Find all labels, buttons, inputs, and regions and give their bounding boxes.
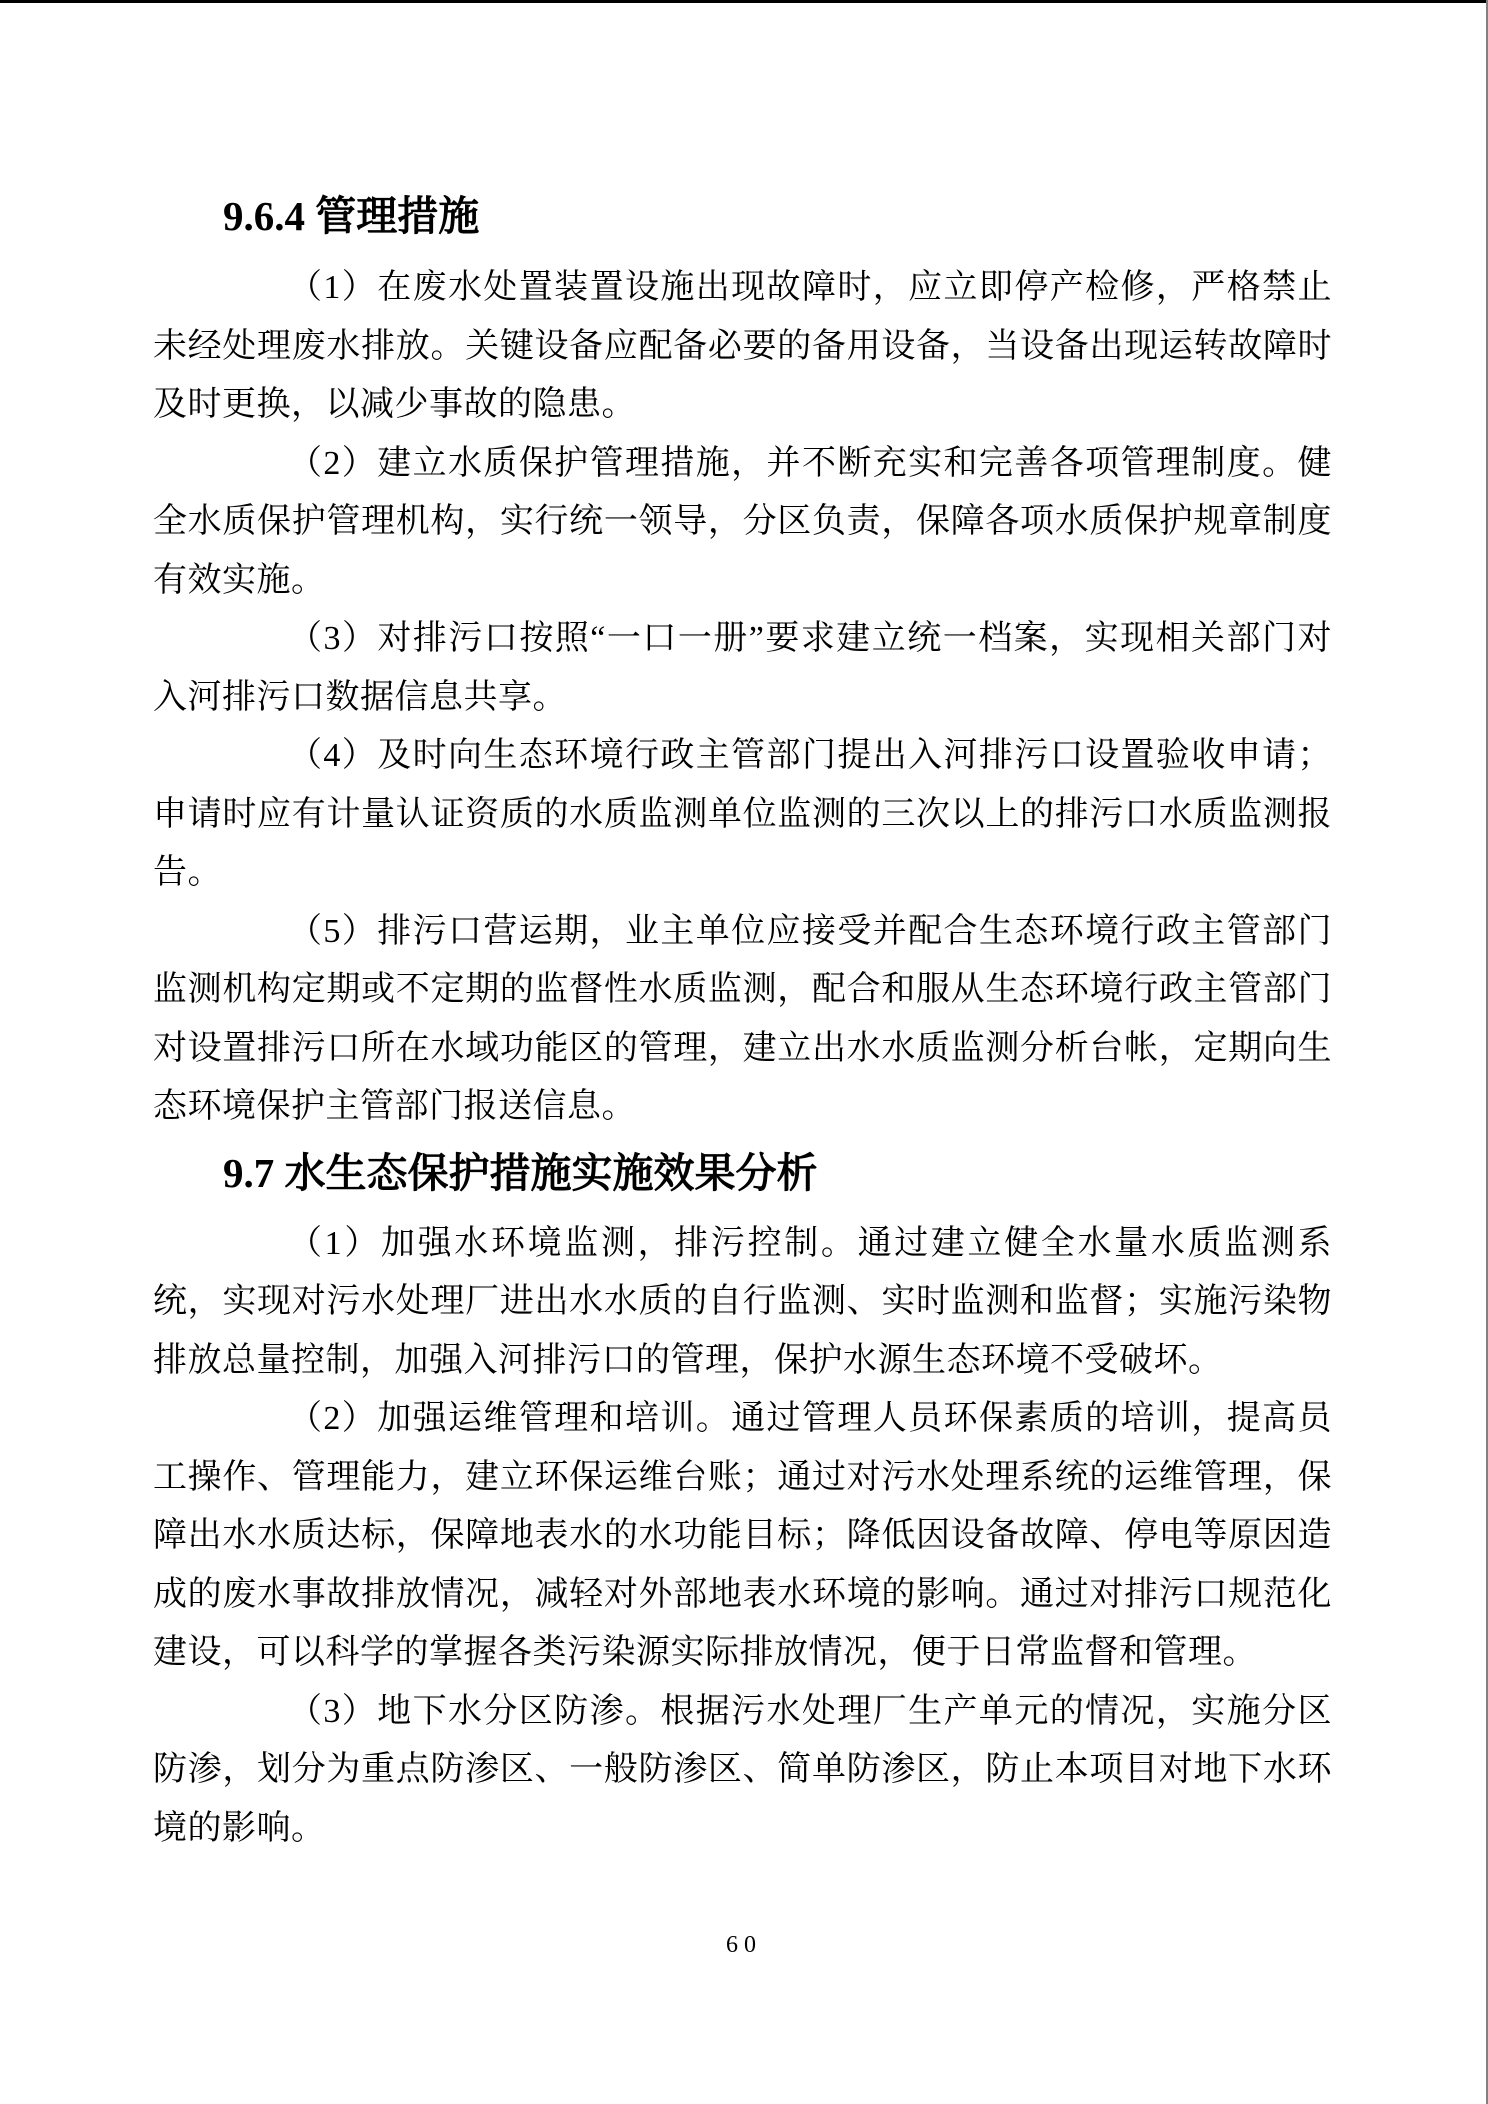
paragraph: （1）加强水环境监测，排污控制。通过建立健全水量水质监测系统，实现对污水处理厂进… xyxy=(153,1215,1332,1391)
section-heading-9-7: 9.7 水生态保护措施实施效果分析 xyxy=(223,1145,1332,1201)
paragraph: （1）在废水处置装置设施出现故障时，应立即停产检修，严格禁止未经处理废水排放。关… xyxy=(153,259,1332,435)
paragraph: （3）地下水分区防渗。根据污水处理厂生产单元的情况，实施分区防渗，划分为重点防渗… xyxy=(153,1683,1332,1859)
paragraph: （4）及时向生态环境行政主管部门提出入河排污口设置验收申请；申请时应有计量认证资… xyxy=(153,727,1332,903)
page-top-border xyxy=(0,0,1488,3)
paragraph: （2）加强运维管理和培训。通过管理人员环保素质的培训，提高员工操作、管理能力，建… xyxy=(153,1390,1332,1683)
document-page: { "document": { "sections": [ { "heading… xyxy=(0,0,1488,2104)
page-number: 60 xyxy=(0,1933,1488,1957)
paragraph: （2）建立水质保护管理措施，并不断充实和完善各项管理制度。健全水质保护管理机构，… xyxy=(153,435,1332,611)
section-heading-9-6-4: 9.6.4 管理措施 xyxy=(223,190,1332,242)
paragraph: （3）对排污口按照“一口一册”要求建立统一档案，实现相关部门对入河排污口数据信息… xyxy=(153,610,1332,727)
paragraph: （5）排污口营运期，业主单位应接受并配合生态环境行政主管部门监测机构定期或不定期… xyxy=(153,903,1332,1137)
document-content: 9.6.4 管理措施 （1）在废水处置装置设施出现故障时，应立即停产检修，严格禁… xyxy=(153,190,1332,1858)
